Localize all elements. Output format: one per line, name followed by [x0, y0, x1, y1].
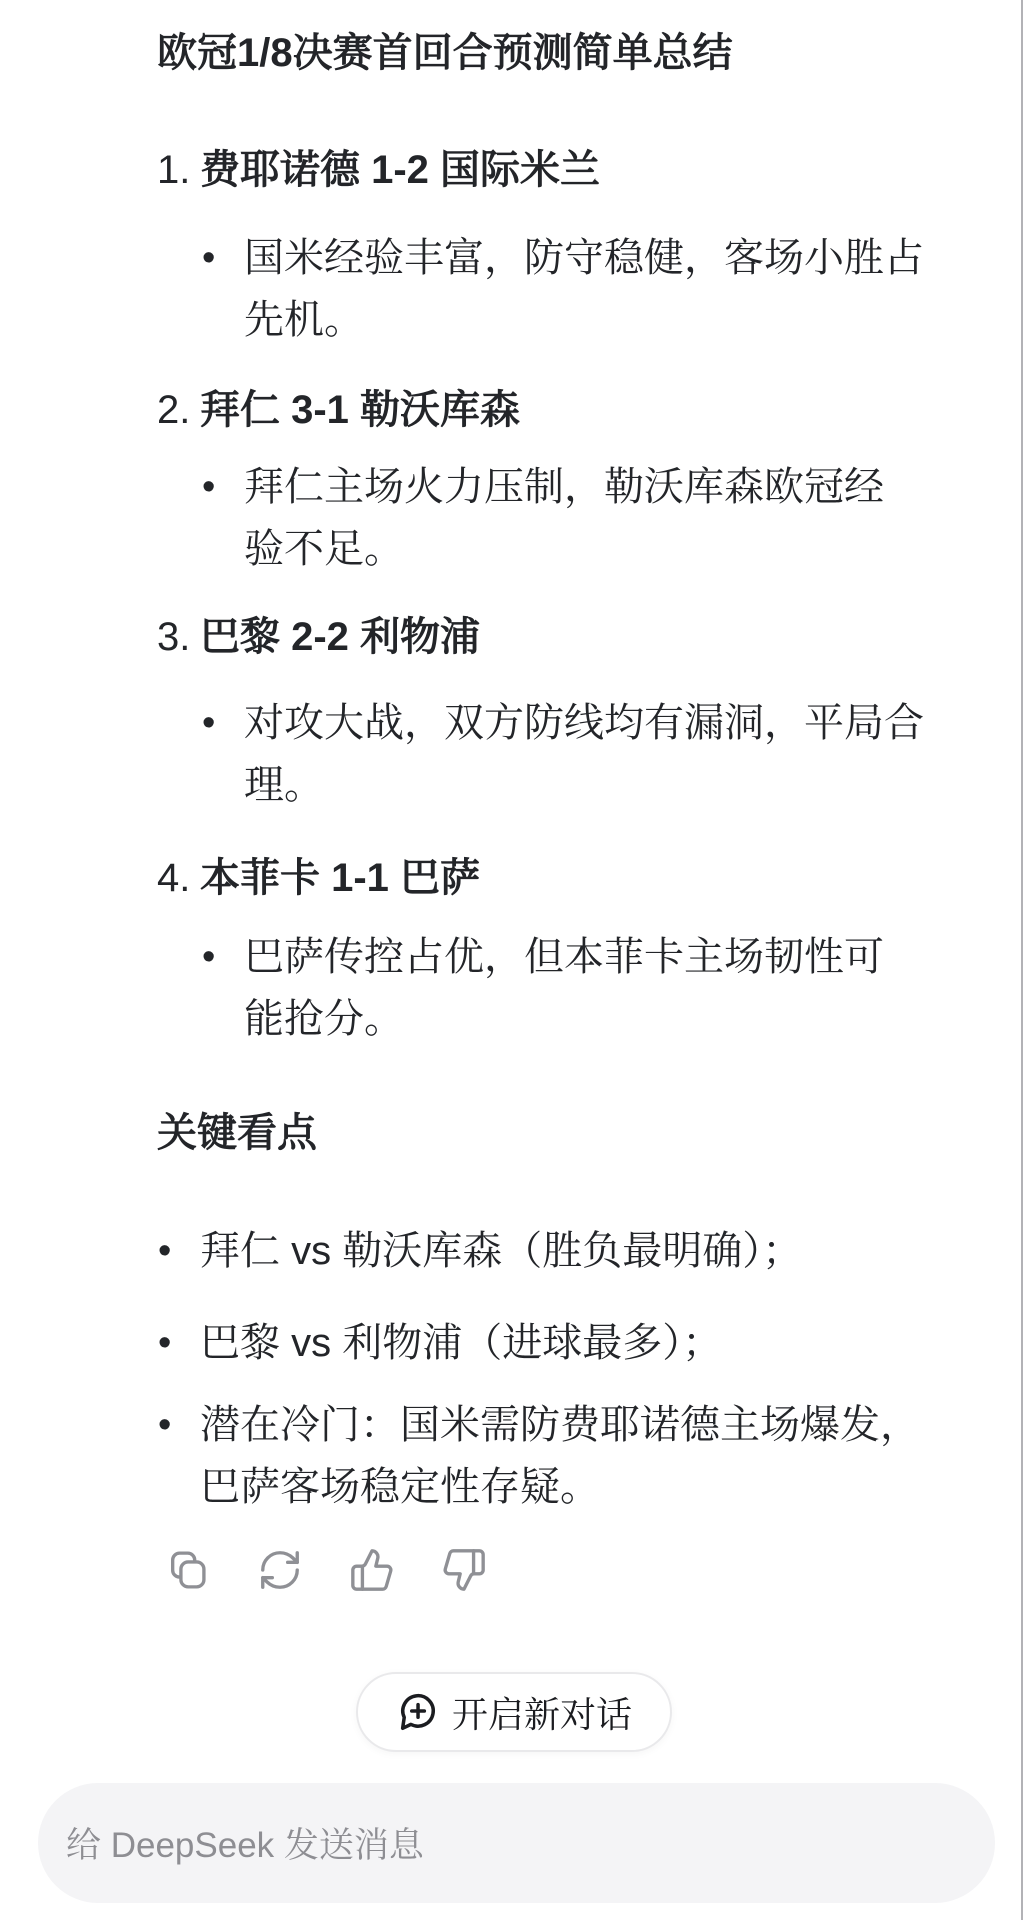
match-score: 本菲卡 1-1 巴萨 — [200, 856, 480, 900]
match-score: 巴黎 2-2 利物浦 — [200, 615, 480, 659]
screen-edge-divider — [1021, 0, 1023, 1920]
bullet-dot: • — [158, 1312, 200, 1374]
new-chat-button[interactable]: 开启新对话 — [356, 1672, 672, 1752]
match-score: 拜仁 3-1 勒沃库森 — [200, 388, 520, 432]
key-point: • 潜在冷门：国米需防费耶诺德主场爆发， 巴萨客场稳定性存疑。 — [158, 1394, 920, 1518]
bullet-dot: • — [202, 456, 244, 580]
note-line: 能抢分。 — [244, 988, 884, 1050]
key-points-heading: 关键看点 — [157, 1102, 317, 1164]
key-point-line: 巴黎 vs 利物浦（进球最多）； — [200, 1312, 722, 1374]
thumbs-down-icon — [441, 1547, 487, 1593]
bullet-dot: • — [158, 1394, 200, 1518]
bullet-dot: • — [202, 926, 244, 1050]
note-line: 国米经验丰富，防守稳健，客场小胜占 — [244, 227, 924, 289]
prediction-heading: 1.费耶诺德 1-2 国际米兰 — [157, 139, 600, 201]
thumbs-up-icon — [349, 1547, 395, 1593]
regenerate-button[interactable] — [257, 1547, 303, 1593]
bullet-dot: • — [202, 227, 244, 351]
copy-button[interactable] — [165, 1547, 211, 1593]
deepseek-chat-screen: 欧冠1/8决赛首回合预测简单总结 1.费耶诺德 1-2 国际米兰 • 国米经验丰… — [0, 0, 1028, 1920]
prediction-note: • 对攻大战，双方防线均有漏洞，平局合 理。 — [202, 692, 924, 816]
key-point: • 巴黎 vs 利物浦（进球最多）； — [158, 1312, 722, 1374]
list-number: 1. — [157, 139, 200, 201]
bullet-dot: • — [202, 692, 244, 816]
like-button[interactable] — [349, 1547, 395, 1593]
prediction-heading: 4.本菲卡 1-1 巴萨 — [157, 847, 480, 909]
note-line: 先机。 — [244, 289, 924, 351]
new-chat-label: 开启新对话 — [452, 1687, 632, 1738]
list-number: 2. — [157, 379, 200, 441]
copy-icon — [165, 1547, 211, 1593]
new-chat-bubble-plus-icon — [396, 1691, 438, 1733]
key-point-line: 潜在冷门：国米需防费耶诺德主场爆发， — [200, 1394, 920, 1456]
list-number: 4. — [157, 847, 200, 909]
prediction-note: • 巴萨传控占优，但本菲卡主场韧性可 能抢分。 — [202, 926, 884, 1050]
note-line: 拜仁主场火力压制，勒沃库森欧冠经 — [244, 456, 884, 518]
match-score: 费耶诺德 1-2 国际米兰 — [200, 148, 600, 192]
message-title: 欧冠1/8决赛首回合预测简单总结 — [157, 22, 733, 84]
note-line: 理。 — [244, 754, 924, 816]
key-point: • 拜仁 vs 勒沃库森（胜负最明确）； — [158, 1220, 802, 1282]
bullet-dot: • — [158, 1220, 200, 1282]
prediction-note: • 拜仁主场火力压制，勒沃库森欧冠经 验不足。 — [202, 456, 884, 580]
dislike-button[interactable] — [441, 1547, 487, 1593]
list-number: 3. — [157, 606, 200, 668]
message-input[interactable]: 给 DeepSeek 发送消息 — [38, 1783, 995, 1903]
key-point-line: 巴萨客场稳定性存疑。 — [200, 1456, 920, 1518]
prediction-note: • 国米经验丰富，防守稳健，客场小胜占 先机。 — [202, 227, 924, 351]
key-point-line: 拜仁 vs 勒沃库森（胜负最明确）； — [200, 1220, 802, 1282]
note-line: 对攻大战，双方防线均有漏洞，平局合 — [244, 692, 924, 754]
message-actions — [165, 1547, 487, 1593]
prediction-heading: 3.巴黎 2-2 利物浦 — [157, 606, 480, 668]
prediction-heading: 2.拜仁 3-1 勒沃库森 — [157, 379, 520, 441]
note-line: 巴萨传控占优，但本菲卡主场韧性可 — [244, 926, 884, 988]
note-line: 验不足。 — [244, 518, 884, 580]
regenerate-icon — [257, 1547, 303, 1593]
message-input-placeholder: 给 DeepSeek 发送消息 — [66, 1818, 424, 1868]
